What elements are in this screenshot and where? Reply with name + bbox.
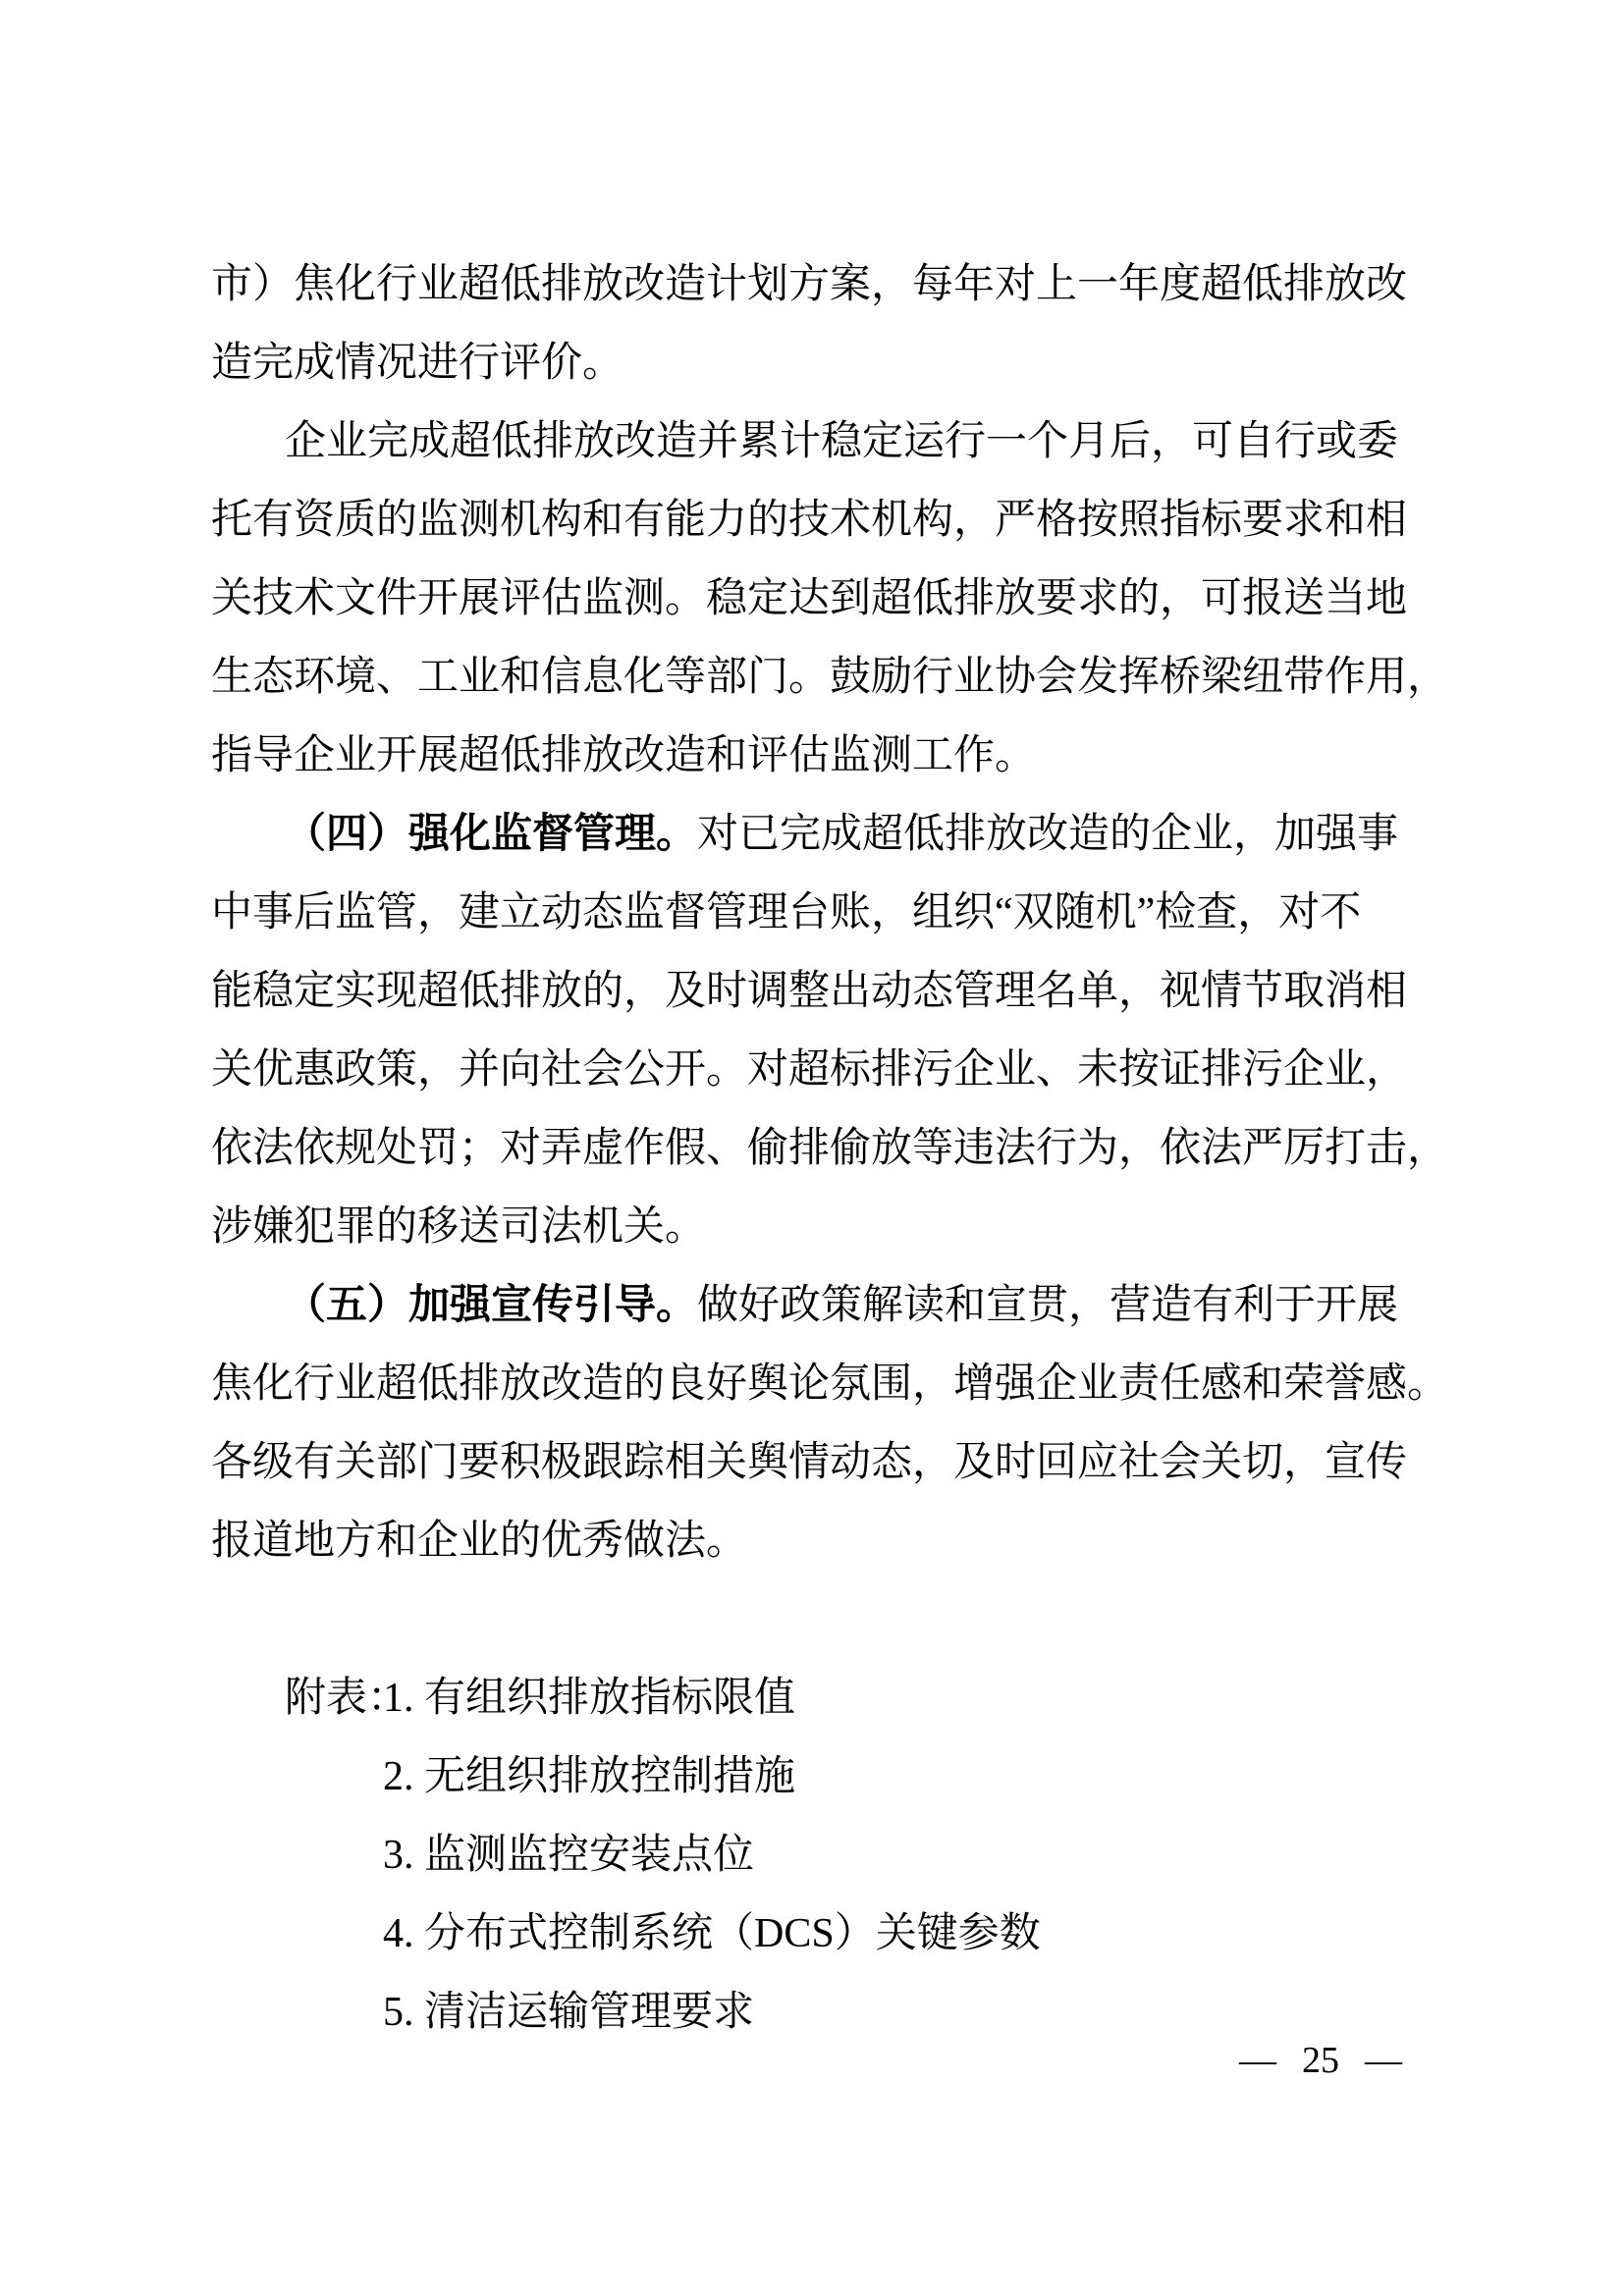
body-line: 焦化行业超低排放改造的良好舆论氛围，增强企业责任感和荣誉感。 [211,1345,1488,1423]
body-line: （四）强化监督管理。对已完成超低排放改造的企业，加强事 [211,795,1488,874]
document-page: 市）焦化行业超低排放改造计划方案，每年对上一年度超低排放改 造完成情况进行评价。… [0,0,1624,2296]
body-line: 依法依规处罚；对弄虚作假、偷排偷放等违法行为，依法严厉打击， [211,1109,1488,1188]
body-line-text: 造完成情况进行评价。 [211,341,623,386]
body-line-text: 市）焦化行业超低排放改造计划方案，每年对上一年度超低排放改 [211,262,1407,307]
appendix-item: 1. 有组织排放指标限值 [383,1676,795,1721]
body-line-text: 企业完成超低排放改造并累计稳定运行一个月后，可自行或委 [285,419,1398,464]
body-line-text: 能稳定实现超低排放的，及时调整出动态管理名单，视情节取消相 [211,969,1407,1014]
body-line-text: 报道地方和企业的优秀做法。 [211,1519,747,1564]
body-line-text: 焦化行业超低排放改造的良好舆论氛围，增强企业责任感和荣誉感。 [211,1362,1448,1407]
body-line: 关优惠政策，并向社会公开。对超标排污企业、未按证排污企业， [211,1031,1488,1109]
appendix-line: 2. 无组织排放控制措施 [211,1737,1488,1816]
appendix-line: 附表：1. 有组织排放指标限值 [211,1659,1488,1737]
body-line: 关技术文件开展评估监测。稳定达到超低排放要求的，可报送当地 [211,560,1488,638]
body-line: 托有资质的监测机构和有能力的技术机构，严格按照指标要求和相 [211,481,1488,560]
section-five-heading: （五）加强宣传引导。 [285,1283,697,1328]
appendix-line: 4. 分布式控制系统（DCS）关键参数 [211,1895,1488,1973]
footer-dash-right: — [1365,2042,1402,2079]
body-line-text: 生态环境、工业和信息化等部门。鼓励行业协会发挥桥梁纽带作用， [211,655,1448,700]
blank-line [211,1580,1488,1659]
body-line-text: 涉嫌犯罪的移送司法机关。 [211,1204,706,1250]
appendix-item: 3. 监测监控安装点位 [383,1833,754,1878]
body-line-text: 关技术文件开展评估监测。稳定达到超低排放要求的，可报送当地 [211,576,1407,621]
text-block: 市）焦化行业超低排放改造计划方案，每年对上一年度超低排放改 造完成情况进行评价。… [211,245,1488,2052]
body-line: 报道地方和企业的优秀做法。 [211,1502,1488,1580]
appendix-line: 3. 监测监控安装点位 [211,1816,1488,1895]
body-line-text: 对已完成超低排放改造的企业，加强事 [697,812,1398,857]
body-line: 能稳定实现超低排放的，及时调整出动态管理名单，视情节取消相 [211,952,1488,1031]
body-line: 涉嫌犯罪的移送司法机关。 [211,1188,1488,1266]
page-number: 25 [1302,2042,1339,2079]
appendix-item: 2. 无组织排放控制措施 [383,1754,795,1799]
body-line-text: 中事后监管，建立动态监督管理台账，组织“双随机”检查，对不 [211,890,1361,935]
body-line: （五）加强宣传引导。做好政策解读和宣贯，营造有利于开展 [211,1266,1488,1345]
appendix-line: 5. 清洁运输管理要求 [211,1973,1488,2052]
body-line-text: 关优惠政策，并向社会公开。对超标排污企业、未按证排污企业， [211,1047,1407,1093]
body-line-text: 依法依规处罚；对弄虚作假、偷排偷放等违法行为，依法严厉打击， [211,1126,1448,1171]
footer-dash-left: — [1239,2042,1276,2079]
body-line: 各级有关部门要积极跟踪相关舆情动态，及时回应社会关切，宣传 [211,1423,1488,1502]
section-four-heading: （四）强化监督管理。 [285,812,697,857]
appendix-item: 5. 清洁运输管理要求 [383,1990,754,2035]
body-line-text: 指导企业开展超低排放改造和评估监测工作。 [211,733,1036,778]
body-line: 企业完成超低排放改造并累计稳定运行一个月后，可自行或委 [211,402,1488,481]
body-line-text: 托有资质的监测机构和有能力的技术机构，严格按照指标要求和相 [211,498,1407,543]
appendix-item: 4. 分布式控制系统（DCS）关键参数 [383,1911,1041,1956]
body-line-text: 各级有关部门要积极跟踪相关舆情动态，及时回应社会关切，宣传 [211,1440,1407,1485]
body-line: 造完成情况进行评价。 [211,324,1488,402]
body-line-text: 做好政策解读和宣贯，营造有利于开展 [697,1283,1398,1328]
body-line: 生态环境、工业和信息化等部门。鼓励行业协会发挥桥梁纽带作用， [211,638,1488,717]
page-footer: — 25 — [1239,2042,1402,2079]
appendix-label: 附表： [285,1659,383,1737]
body-line: 中事后监管，建立动态监督管理台账，组织“双随机”检查，对不 [211,874,1488,952]
body-line: 指导企业开展超低排放改造和评估监测工作。 [211,717,1488,795]
body-line: 市）焦化行业超低排放改造计划方案，每年对上一年度超低排放改 [211,245,1488,324]
